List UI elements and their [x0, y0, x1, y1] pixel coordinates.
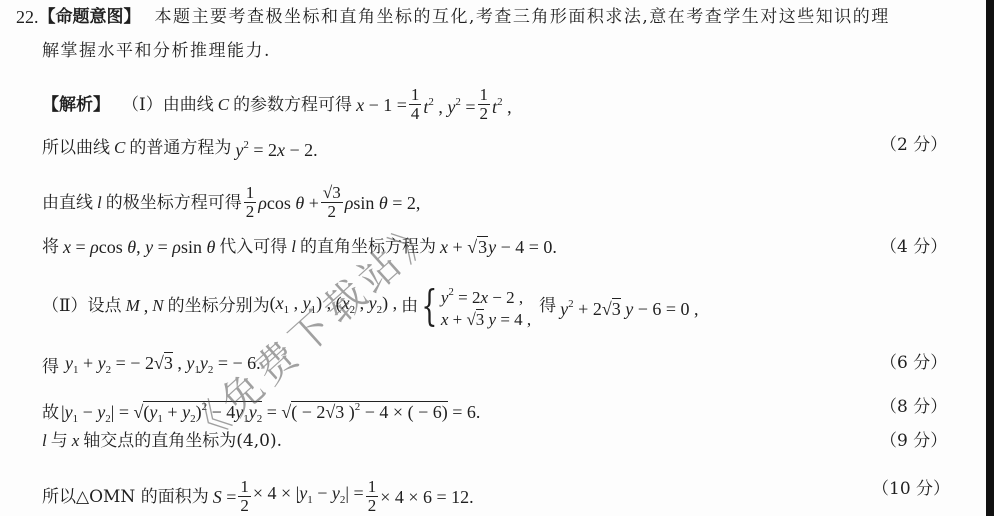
- step-5-de: 得: [539, 295, 556, 317]
- step-3-prefix: 由直线: [42, 192, 93, 214]
- step-5: （Ⅱ）设点 M,N 的坐标分别为 (x1 , y1) , (x2 , y2) ,…: [42, 282, 699, 330]
- step-9-prefix: 所以△OMN 的面积为: [42, 486, 209, 508]
- leader-dots: [568, 478, 864, 500]
- var-l: l: [42, 430, 47, 452]
- step-6-prefix: 得: [42, 356, 59, 378]
- step-9: 所以△OMN 的面积为 S = 12 × 4 × |y1 − y2| = 12 …: [42, 478, 474, 515]
- var-x: x: [72, 430, 80, 452]
- fraction-1-4: 14: [409, 86, 422, 123]
- leader-dots: [600, 396, 872, 418]
- question-number: 22.: [16, 6, 39, 28]
- intent-text: 本题主要考查极坐标和直角坐标的互化,考查三角形面积求法,意在考查学生对这些知识的…: [155, 6, 890, 28]
- eq-quadratic: y2 + 2√3 y − 6 = 0 ,: [560, 293, 698, 320]
- intent-line-1: 22. 【命题意图】 本题主要考查极坐标和直角坐标的互化,考查三角形面积求法,意…: [16, 6, 890, 28]
- step-5-you: 由: [401, 295, 418, 317]
- eq-abs-diff: |y1 − y2| = √(y1 + y2)2 − 4y1y2 = √( − 2…: [61, 396, 480, 430]
- step-8: l 与 x 轴交点的直角坐标为(4,0).: [42, 430, 282, 452]
- analysis-tag: 【解析】: [42, 94, 110, 116]
- eq-curve: y2 = 2x − 2.: [235, 134, 317, 161]
- eq-area-b: × 4 × |y1 − y2| =: [253, 482, 364, 511]
- leader-dots: [305, 352, 873, 374]
- leader-dots: [322, 430, 872, 452]
- step-6: 得 y1 + y2 = − 2√3 , y1y2 = − 6.: [42, 352, 261, 381]
- score-9: （9 分）: [880, 430, 947, 452]
- step-4-prefix: 将: [42, 236, 59, 258]
- var-C: C: [218, 94, 229, 116]
- eq-rho-sin: ρsin θ = 2,: [345, 192, 421, 214]
- step-2: 所以曲线 C 的普通方程为 y2 = 2x − 2.: [42, 134, 318, 161]
- eq-points: (x1 , y1) , (x2 , y2) ,: [270, 292, 398, 321]
- eq-substitution: x = ρcos θ, y = ρsin θ: [63, 236, 215, 258]
- step-4-mid2: 的直角坐标方程为: [300, 236, 436, 258]
- intent-line-2: 解掌握水平和分析推理能力.: [42, 40, 271, 62]
- step-8-mid: 轴交点的直角坐标为(4,0).: [83, 430, 282, 452]
- eq-area-a: S =: [213, 486, 237, 508]
- brace-icon: {: [421, 285, 437, 327]
- var-l: l: [291, 236, 296, 258]
- step-1: 【解析】 （Ⅰ）由曲线 C 的参数方程可得 x − 1 = 14 t2 , y2…: [42, 86, 512, 123]
- step-7-prefix: 故: [42, 402, 59, 424]
- var-MN: M: [126, 295, 140, 317]
- eq-x-minus-1: x − 1 =: [356, 94, 407, 116]
- step-4: 将 x = ρcos θ, y = ρsin θ 代入可得 l 的直角坐标方程为…: [42, 236, 557, 258]
- score-6: （6 分）: [880, 352, 947, 374]
- eq-vieta: y1 + y2 = − 2√3 , y1y2 = − 6.: [65, 352, 261, 381]
- intent-tag: 【命题意图】: [39, 6, 141, 28]
- leader-dots: [363, 134, 873, 156]
- score-4: （4 分）: [880, 236, 947, 258]
- step-5-prefix: （Ⅱ）设点: [42, 295, 122, 317]
- step-7: 故 |y1 − y2| = √(y1 + y2)2 − 4y1y2 = √( −…: [42, 396, 480, 430]
- step-2-mid: 的普通方程为: [129, 137, 231, 159]
- document-page: 22. 【命题意图】 本题主要考查极坐标和直角坐标的互化,考查三角形面积求法,意…: [0, 0, 986, 516]
- var-l: l: [97, 192, 102, 214]
- step-8-prefix: 与: [51, 430, 68, 452]
- fraction-1-2: 12: [238, 478, 251, 515]
- screen-edge: [986, 0, 994, 516]
- score-8: （8 分）: [880, 396, 947, 418]
- equation-system: y2 = 2x − 2 , x + √3 y = 4 ,: [441, 281, 531, 331]
- eq-rho-cos: ρcos θ +: [258, 192, 319, 214]
- step-3-mid: 的极坐标方程可得: [106, 192, 242, 214]
- fraction-1-2: 12: [478, 86, 491, 123]
- fraction-1-2: 12: [244, 184, 257, 221]
- step-4-mid: 代入可得: [219, 236, 287, 258]
- score-2: （2 分）: [880, 134, 947, 156]
- eq-t2b: t2 ,: [492, 91, 512, 118]
- step-1-prefix: （Ⅰ）由曲线: [122, 94, 214, 116]
- fraction-1-2: 12: [366, 478, 379, 515]
- score-10: （10 分）: [872, 478, 950, 500]
- var-C: C: [114, 137, 125, 159]
- leader-dots: [640, 236, 872, 258]
- fraction-sqrt3-2: √32: [321, 184, 343, 221]
- step-2-prefix: 所以曲线: [42, 137, 110, 159]
- step-3: 由直线 l 的极坐标方程可得 12 ρcos θ + √32 ρsin θ = …: [42, 184, 420, 221]
- eq-t2: t2 , y2 =: [423, 91, 475, 118]
- step-5-mid: 的坐标分别为: [168, 295, 270, 317]
- eq-line: x + √3y − 4 = 0.: [440, 236, 557, 258]
- step-1-mid: 的参数方程可得: [233, 94, 352, 116]
- eq-area-c: × 4 × 6 = 12.: [380, 486, 473, 508]
